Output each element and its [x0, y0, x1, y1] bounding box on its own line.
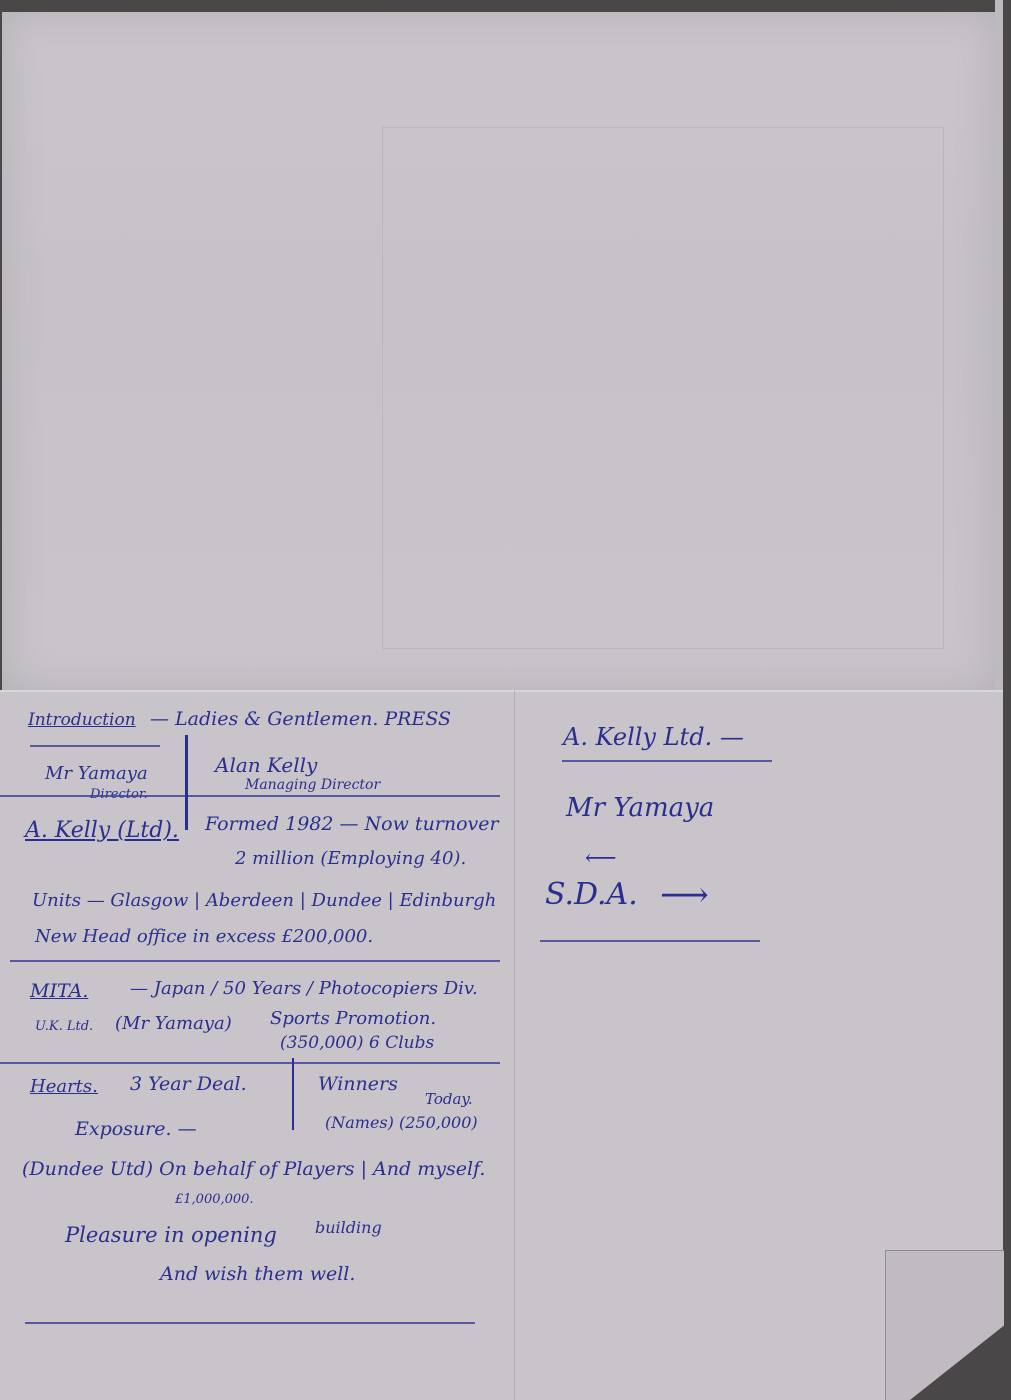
- underline: [30, 745, 160, 747]
- heading-tail: — Ladies & Gentlemen. PRESS: [150, 710, 451, 729]
- names-note: (Names) (250,000): [325, 1115, 478, 1131]
- underline: [562, 760, 772, 762]
- hearts-label: Hearts.: [30, 1078, 98, 1096]
- hearts-line: 3 Year Deal.: [130, 1075, 247, 1094]
- underline: [540, 940, 760, 942]
- sports-line: Sports Promotion.: [270, 1010, 436, 1028]
- turnover-line: 2 million (Employing 40).: [235, 850, 466, 868]
- alan-kelly: Alan Kelly: [215, 755, 317, 775]
- paper-blank-back: [2, 12, 995, 692]
- mita-label: MITA.: [30, 982, 88, 1001]
- fold-line: [0, 690, 1003, 692]
- exposure: Exposure. —: [75, 1120, 197, 1139]
- right-line-sda: S.D.A.: [545, 880, 638, 910]
- dundee-line: (Dundee Utd) On behalf of Players | And …: [22, 1160, 485, 1179]
- mita-line: — Japan / 50 Years / Photocopiers Div.: [130, 980, 478, 998]
- formed-line: Formed 1982 — Now turnover: [205, 815, 499, 834]
- alan-kelly-title: Managing Director: [245, 778, 380, 792]
- yamaya-line: (Mr Yamaya): [115, 1015, 232, 1033]
- head-office-line: New Head office in excess £200,000.: [35, 928, 373, 946]
- arrow-right-icon: ⟶: [660, 878, 709, 912]
- arrow-left-icon: ⟵: [585, 848, 617, 870]
- closing-line: And wish them well.: [160, 1265, 355, 1284]
- name-akelly: A. Kelly (Ltd).: [25, 820, 179, 842]
- right-line-yamaya: Mr Yamaya: [566, 795, 714, 821]
- million: £1,000,000.: [175, 1193, 254, 1206]
- building: building: [315, 1220, 382, 1236]
- pleasure-line: Pleasure in opening: [65, 1225, 277, 1246]
- bracket: [185, 735, 188, 830]
- winners: Winners: [318, 1075, 398, 1094]
- uk-label: U.K. Ltd.: [35, 1020, 93, 1033]
- divider: [0, 1062, 500, 1064]
- right-line-akelly: A. Kelly Ltd. —: [563, 725, 744, 749]
- today: Today.: [425, 1092, 473, 1107]
- units-line: Units — Glasgow | Aberdeen | Dundee | Ed…: [32, 892, 496, 910]
- arrow-vertical: [292, 1058, 294, 1130]
- divider: [10, 960, 500, 962]
- divider: [25, 1322, 475, 1324]
- divider: [0, 795, 500, 797]
- center-crease: [514, 690, 515, 1400]
- heading-introduction: Introduction: [28, 712, 136, 729]
- sports-detail: (350,000) 6 Clubs: [280, 1035, 434, 1052]
- show-through-frame: [382, 127, 944, 649]
- paper-notes-panel: [0, 690, 1003, 1400]
- name-yamaya: Mr Yamaya: [45, 765, 148, 783]
